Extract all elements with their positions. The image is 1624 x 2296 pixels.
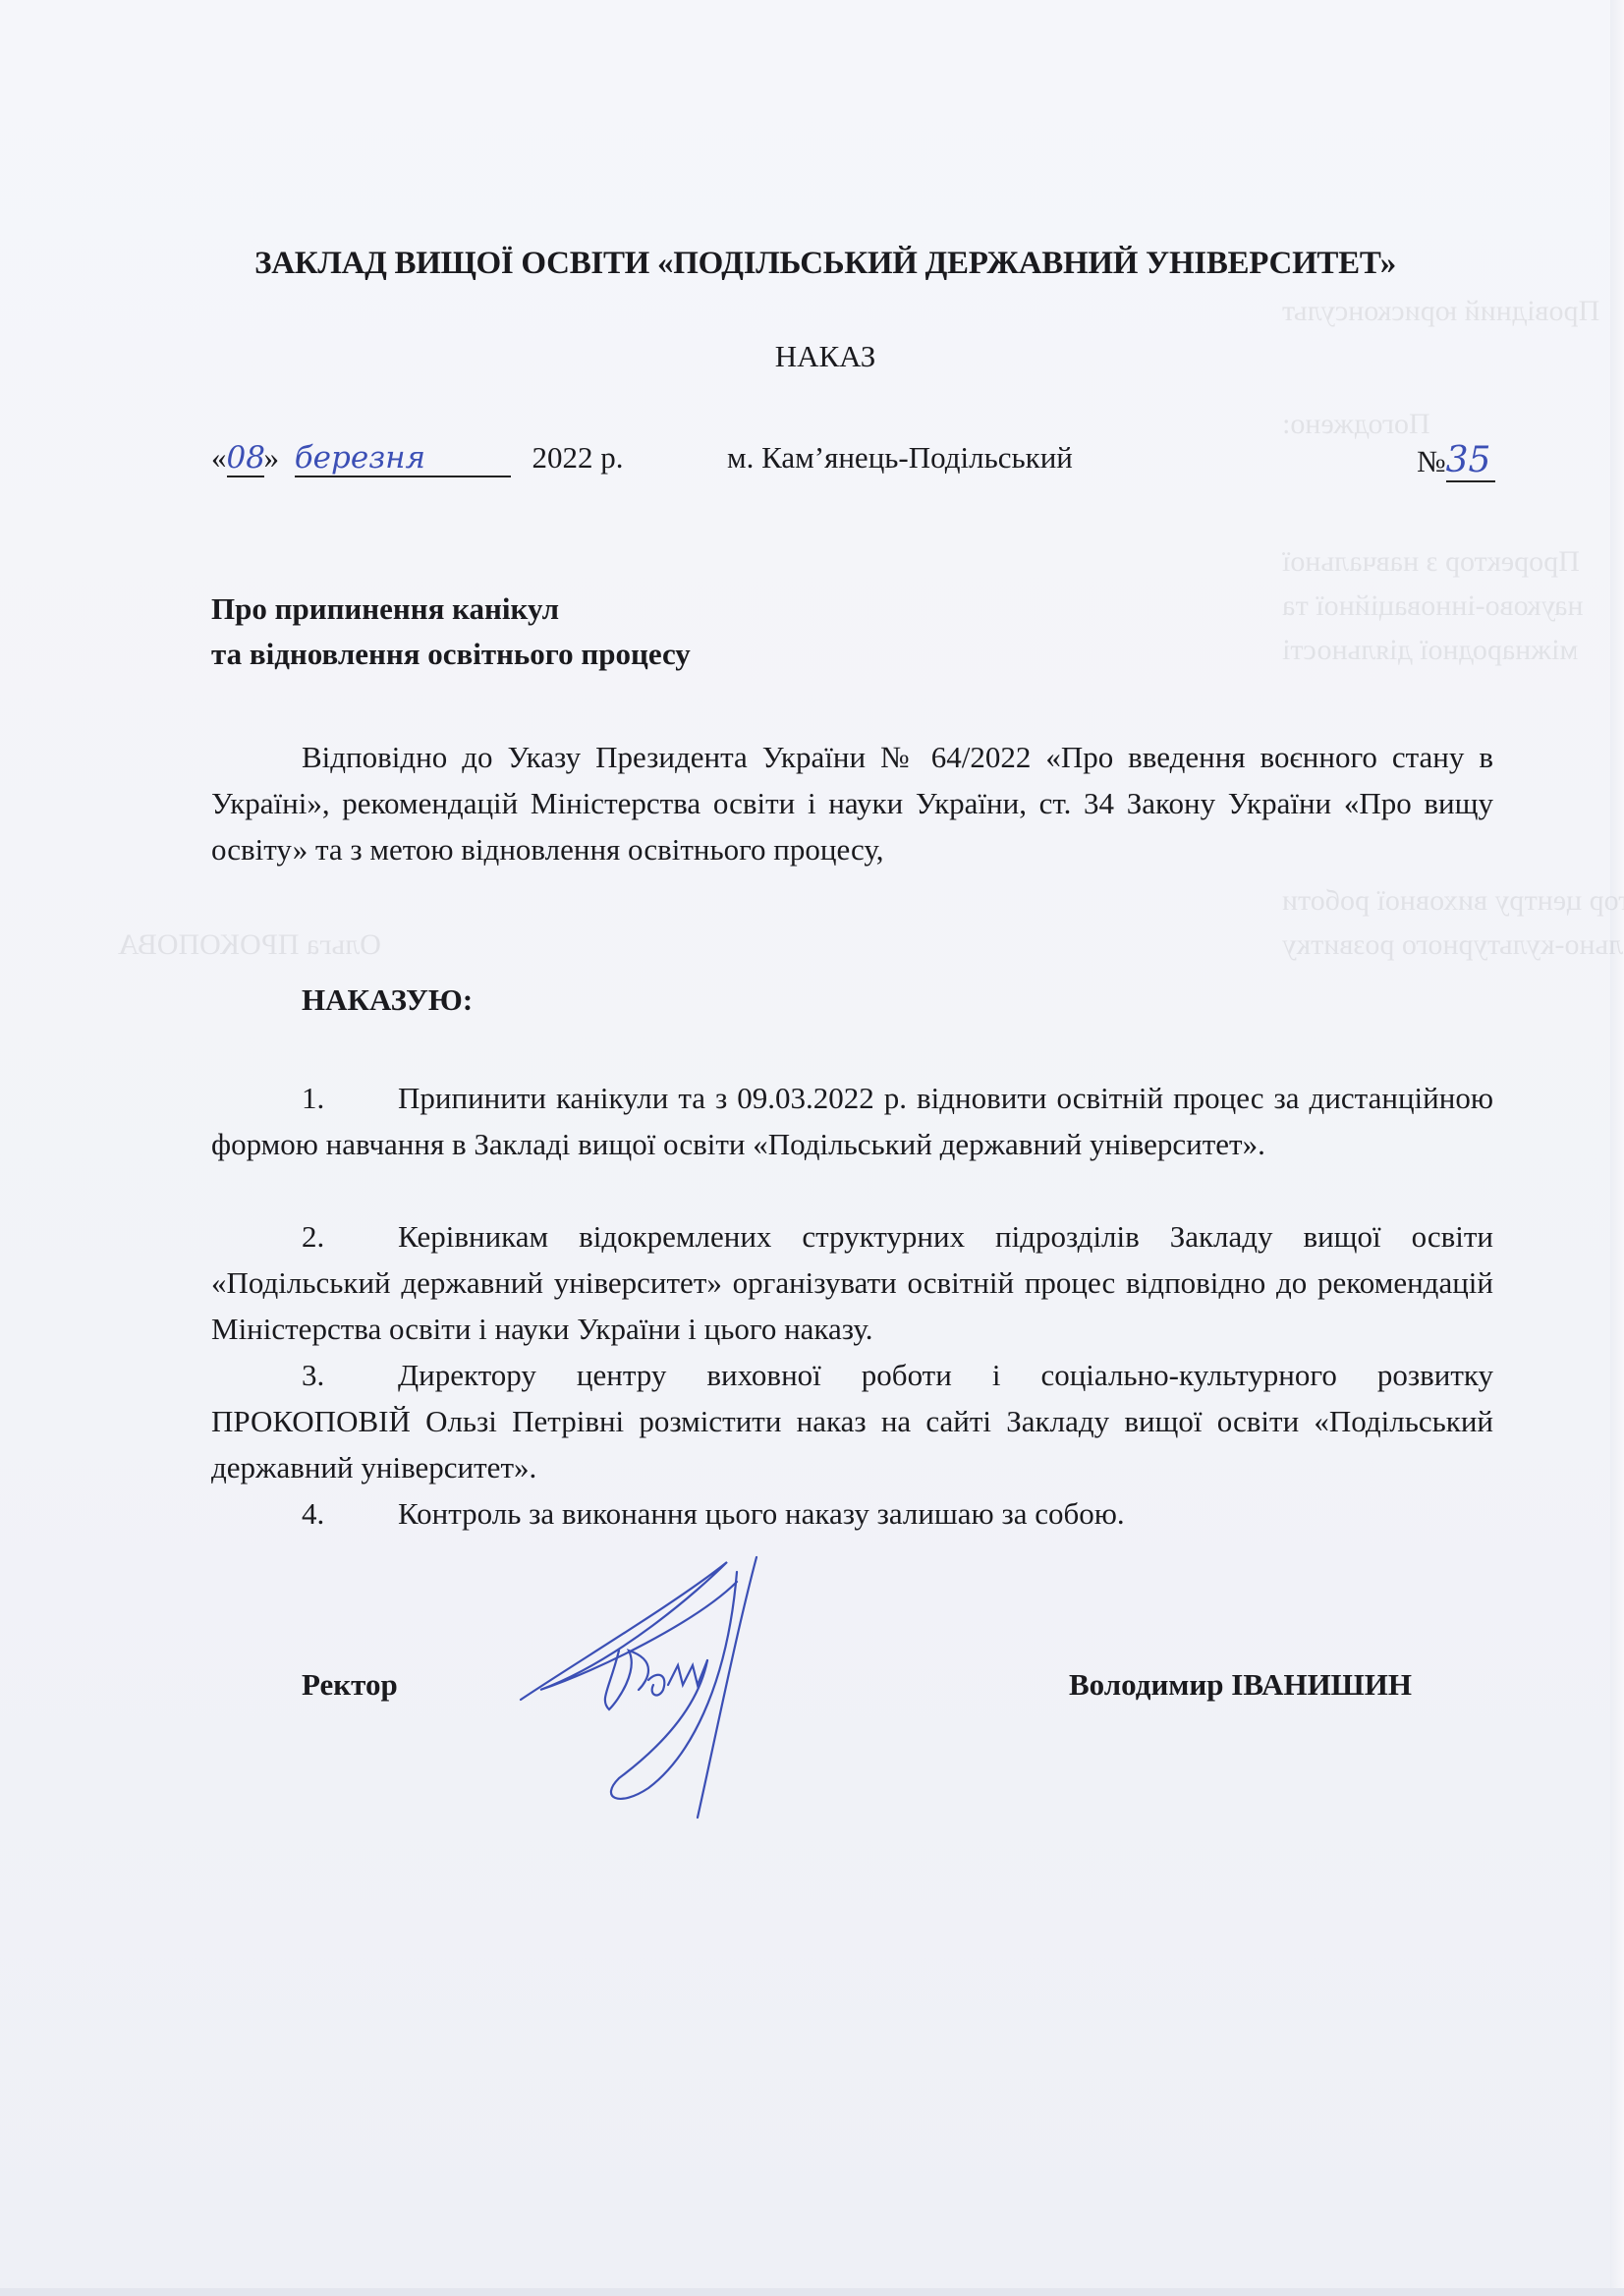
preamble-paragraph: Відповідно до Указу Президента України №… (211, 734, 1493, 872)
subject-line-2: та відновлення освітнього процесу (211, 637, 691, 672)
bleed-through-text: і соціально-культурного розвитку (1282, 928, 1624, 962)
item-number: 1. (302, 1075, 398, 1121)
date-day: 08 (227, 440, 264, 477)
item-text: Припинити канікули та з 09.03.2022 р. ві… (211, 1081, 1493, 1161)
bleed-through-text: Проректор з навчальної (1282, 545, 1580, 579)
bleed-through-text: Директор центру виховної роботи (1282, 884, 1624, 918)
date-close-quote: » (264, 440, 280, 475)
page-bottom-edge (0, 2288, 1624, 2296)
bleed-through-text: Погоджено: (1282, 408, 1430, 441)
document-type: НАКАЗ (157, 339, 1493, 374)
order-item: 4.Контроль за виконання цього наказу зал… (211, 1490, 1493, 1537)
item-number: 4. (302, 1490, 398, 1537)
order-item: 1.Припинити канікули та з 09.03.2022 р. … (211, 1075, 1493, 1167)
order-word: НАКАЗУЮ: (302, 982, 473, 1018)
order-city: м. Кам’янець-Подільський (727, 440, 1073, 476)
number-label: № (1417, 444, 1446, 478)
order-item: 3.Директору центру виховної роботи і соц… (211, 1352, 1493, 1490)
bleed-through-text: науково-інноваційної та (1282, 589, 1584, 623)
item-text: Контроль за виконання цього наказу залиш… (398, 1496, 1125, 1531)
order-number: №35 (1417, 440, 1495, 482)
scanned-page: Провідний юрисконсульт Погоджено: Прорек… (0, 0, 1624, 2296)
page-edge-shadow (1610, 0, 1624, 2296)
handwritten-signature-icon (501, 1552, 914, 1847)
number-value: 35 (1446, 440, 1495, 482)
signatory-position: Ректор (302, 1667, 398, 1703)
item-text: Керівникам відокремлених структурних під… (211, 1219, 1493, 1346)
subject-line-1: Про припинення канікул (211, 591, 559, 627)
item-number: 2. (302, 1213, 398, 1260)
bleed-through-text: Провідний юрисконсульт (1282, 295, 1599, 328)
date-open-quote: « (211, 440, 227, 475)
signatory-name: Володимир ІВАНИШИН (1069, 1667, 1412, 1703)
date-year: 2022 р. (532, 440, 624, 475)
order-date: «08» березня 2022 р. (211, 440, 624, 477)
order-item: 2.Керівникам відокремлених структурних п… (211, 1213, 1493, 1352)
item-number: 3. (302, 1352, 398, 1398)
institution-title: ЗАКЛАД ВИЩОЇ ОСВІТИ «ПОДІЛЬСЬКИЙ ДЕРЖАВН… (157, 246, 1493, 282)
item-text: Директору центру виховної роботи і соціа… (211, 1358, 1493, 1484)
date-month: березня (295, 440, 511, 477)
bleed-through-text: Ольга ПРОКОПОВА (118, 928, 381, 962)
bleed-through-text: міжнародної діяльності (1282, 634, 1578, 667)
